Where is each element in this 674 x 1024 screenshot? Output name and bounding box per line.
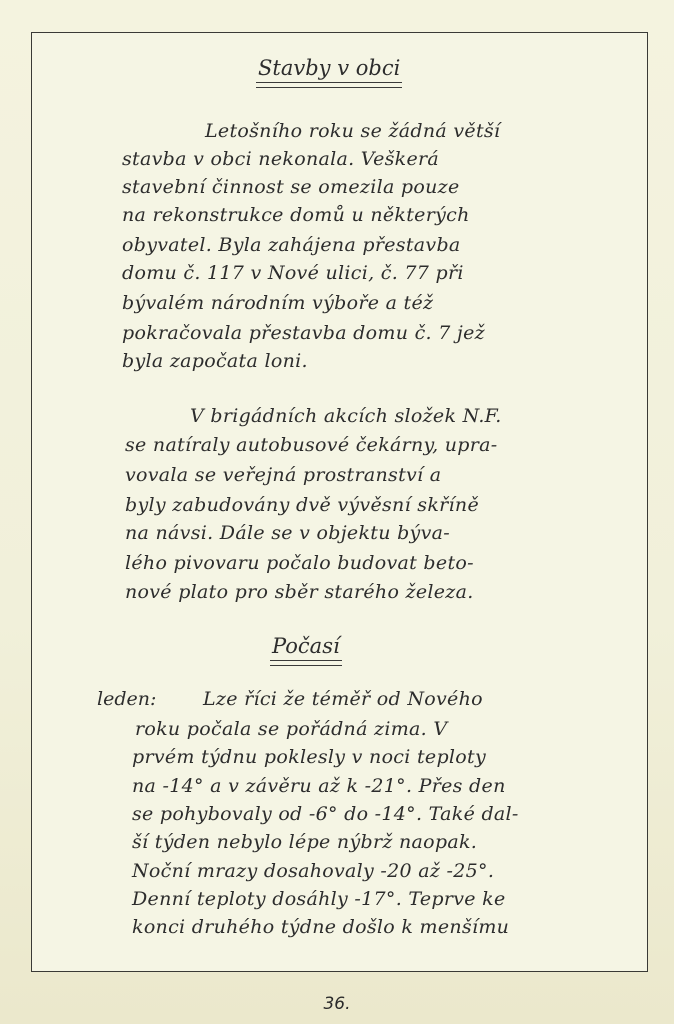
text-line: Letošního roku se žádná větší <box>205 120 500 142</box>
page-number: 36. <box>0 994 674 1014</box>
text-line: se pohybovaly od -6° do -14°. Také dal- <box>132 803 519 825</box>
text-line: pokračovala přestavba domu č. 7 jež <box>122 322 485 344</box>
text-line: Lze říci že téměř od Nového <box>203 688 483 710</box>
scanned-page: Stavby v obci Letošního roku se žádná vě… <box>0 0 674 1024</box>
text-line: Denní teploty dosáhly -17°. Teprve ke <box>132 888 506 910</box>
text-line: nové plato pro sběr starého železa. <box>125 581 474 603</box>
text-line: prvém týdnu poklesly v noci teploty <box>132 746 486 768</box>
text-line: vovala se veřejná prostranství a <box>125 464 441 486</box>
text-line: ší týden nebylo lépe nýbrž naopak. <box>132 831 477 853</box>
text-line: na -14° a v závěru až k -21°. Přes den <box>132 775 506 797</box>
text-line: stavební činnost se omezila pouze <box>122 176 460 198</box>
text-line: bývalém národním výboře a též <box>122 292 433 314</box>
text-line: lého pivovaru počalo budovat beto- <box>125 552 474 574</box>
text-line: roku počala se pořádná zima. V <box>135 718 447 740</box>
text-line: na návsi. Dále se v objektu býva- <box>125 522 450 544</box>
text-line: domu č. 117 v Nové ulici, č. 77 při <box>122 262 464 284</box>
text-line: se natíraly autobusové čekárny, upra- <box>125 434 497 456</box>
text-line: Noční mrazy dosahovaly -20 až -25°. <box>132 860 494 882</box>
section-heading-stavby: Stavby v obci <box>258 56 400 80</box>
text-line: V brigádních akcích složek N.F. <box>190 405 502 427</box>
section-heading-pocasi: Počasí <box>272 634 340 658</box>
text-line: konci druhého týdne došlo k menšímu <box>132 916 509 938</box>
text-line: stavba v obci nekonala. Veškerá <box>122 148 439 170</box>
text-line: byly zabudovány dvě vývěsní skříně <box>125 494 479 516</box>
text-line: byla započata loni. <box>122 350 308 372</box>
heading-text: Počasí <box>272 634 340 658</box>
double-underline <box>256 82 402 88</box>
text-line: obyvatel. Byla zahájena přestavba <box>122 234 461 256</box>
month-label: leden: <box>97 688 156 710</box>
heading-text: Stavby v obci <box>258 56 400 80</box>
double-underline <box>270 660 342 666</box>
text-line: na rekonstrukce domů u některých <box>122 204 470 226</box>
